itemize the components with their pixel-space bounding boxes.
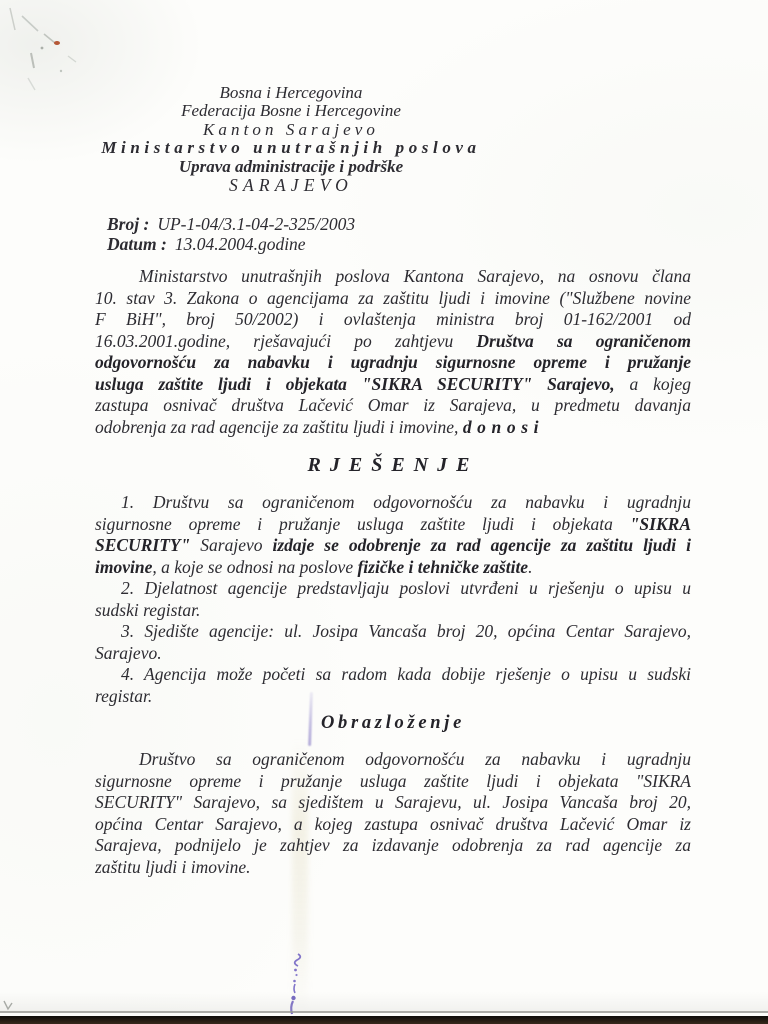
paragraph: Ministarstvo unutrašnjih poslova Kantona… [95, 266, 691, 438]
number-value: UP-1-04/3.1-04-2-325/2003 [157, 214, 355, 234]
letterhead-country: Bosna i Hercegovina [95, 84, 487, 102]
text-line: usluga zaštite ljudi i objekata "SIKRA S… [95, 374, 691, 396]
text-line: SECURITY" Sarajevo izdaje se odobrenje z… [95, 535, 691, 557]
paragraph: 2. Djelatnost agencije predstavljaju pos… [95, 578, 691, 621]
text-line: sigurnosne opreme i pružanje usluga zašt… [95, 514, 691, 536]
text-line: 16.03.2001.godine, rješavajući po zahtje… [95, 331, 691, 353]
number-label: Broj : [107, 214, 149, 234]
document-meta: Broj :UP-1-04/3.1-04-2-325/2003 Datum :1… [107, 214, 691, 254]
text-line: Društvo sa ograničenom odgovornošću za n… [95, 749, 691, 771]
scanner-edge-line [0, 1011, 768, 1013]
section-heading: Obrazloženje [95, 711, 691, 735]
text-line: 10. stav 3. Zakona o agencijama za zašti… [95, 288, 691, 310]
ink-bleed-squiggle [282, 950, 318, 1016]
document-number-line: Broj :UP-1-04/3.1-04-2-325/2003 [107, 214, 691, 234]
text-line: općina Centar Sarajevo, a kojeg zastupa … [95, 814, 691, 836]
letterhead-city: SARAJEVO [95, 176, 487, 194]
document-body: Ministarstvo unutrašnjih poslova Kantona… [95, 266, 691, 878]
text-line: odobrenja za rad agencije za zaštitu lju… [95, 417, 691, 439]
bottom-left-speck [2, 1000, 16, 1012]
scanned-document-page: Bosna i Hercegovina Federacija Bosne i H… [0, 0, 768, 1024]
letterhead-department: Uprava administracije i podrške [95, 158, 487, 176]
letterhead-federation: Federacija Bosne i Hercegovine [95, 102, 487, 120]
text-line: sigurnosne opreme i pružanje usluga zašt… [95, 771, 691, 793]
date-value: 13.04.2004.godine [175, 234, 306, 254]
document-content: Bosna i Hercegovina Federacija Bosne i H… [95, 84, 691, 878]
text-line: F BiH", broj 50/2002) i ovlaštenja minis… [95, 309, 691, 331]
scan-shadow-band [0, 992, 768, 1011]
paragraph: 1. Društvu sa ograničenom odgovornošću z… [95, 492, 691, 578]
text-line: imovine, a koje se odnosi na poslove fiz… [95, 557, 691, 579]
text-line: zastupa osnivač društva Lačević Omar iz … [95, 395, 691, 417]
text-line: Ministarstvo unutrašnjih poslova Kantona… [95, 266, 691, 288]
text-line: sudski registar. [95, 600, 691, 622]
text-line: SECURITY" Sarajevo, sa sjedištem u Saraj… [95, 792, 691, 814]
paragraph: 3. Sjedište agencije: ul. Josipa Vancaša… [95, 621, 691, 664]
paragraph: Društvo sa ograničenom odgovornošću za n… [95, 749, 691, 878]
text-line: odgovornošću za nabavku i ugradnju sigur… [95, 352, 691, 374]
text-line: registar. [95, 686, 691, 708]
scanner-edge-strip [0, 1016, 768, 1024]
text-line: 3. Sjedište agencije: ul. Josipa Vancaša… [95, 621, 691, 643]
text-line: zaštitu ljudi i imovine. [95, 857, 691, 879]
section-heading: RJEŠENJE [95, 452, 691, 478]
date-label: Datum : [107, 234, 167, 254]
text-line: Sarajevo. [95, 643, 691, 665]
paragraph: 4. Agencija može početi sa radom kada do… [95, 664, 691, 707]
text-line: 4. Agencija može početi sa radom kada do… [95, 664, 691, 686]
letterhead-canton: Kanton Sarajevo [95, 121, 487, 139]
text-line: 2. Djelatnost agencije predstavljaju pos… [95, 578, 691, 600]
text-line: 1. Društvu sa ograničenom odgovornošću z… [95, 492, 691, 514]
document-date-line: Datum :13.04.2004.godine [107, 234, 691, 254]
text-line: Sarajeva, podnijelo je zahtjev za izdava… [95, 835, 691, 857]
letterhead: Bosna i Hercegovina Federacija Bosne i H… [95, 84, 487, 194]
letterhead-ministry: Ministarstvo unutrašnjih poslova [95, 139, 487, 157]
red-ink-speck [54, 41, 60, 45]
